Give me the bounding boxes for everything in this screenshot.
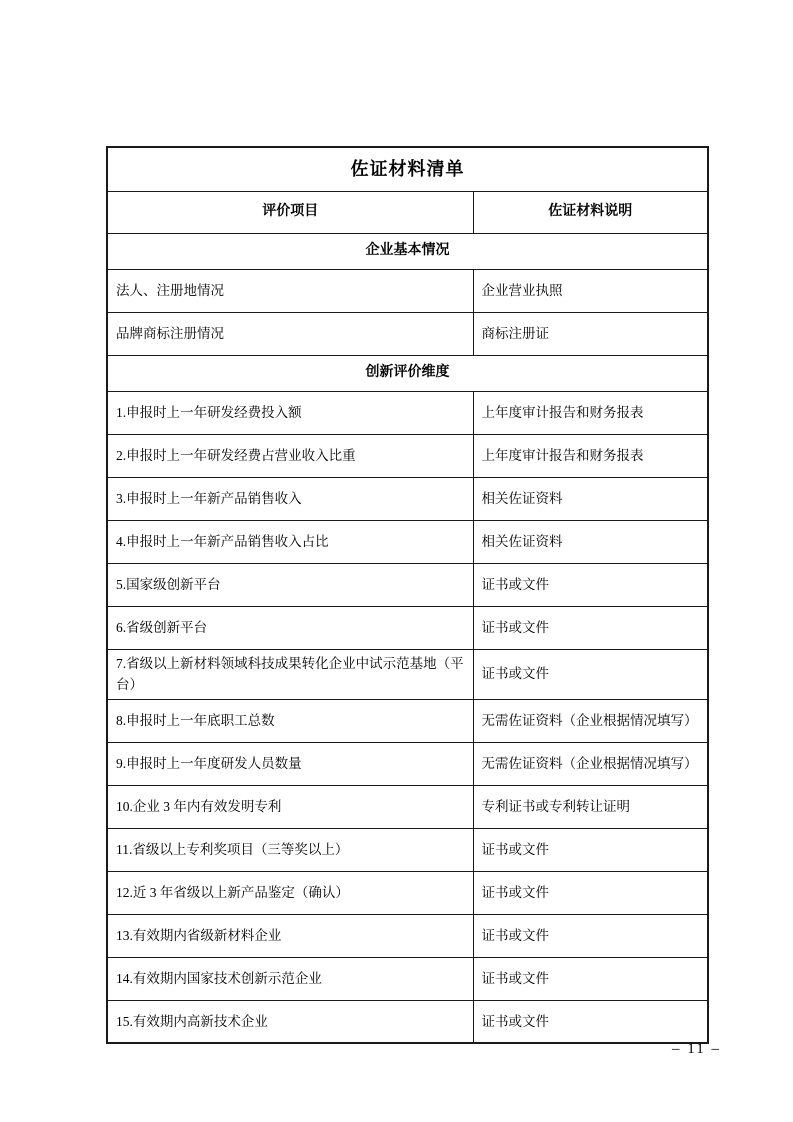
cell-item: 9.申报时上一年度研发人员数量 <box>107 742 473 785</box>
column-header-item: 评价项目 <box>107 191 473 233</box>
table-row: 法人、注册地情况 企业营业执照 <box>107 269 708 312</box>
cell-material: 证书或文件 <box>473 606 708 649</box>
table-row: 10.企业 3 年内有效发明专利 专利证书或专利转让证明 <box>107 785 708 828</box>
cell-material: 商标注册证 <box>473 312 708 355</box>
cell-item: 7.省级以上新材料领域科技成果转化企业中试示范基地（平台） <box>107 649 473 699</box>
table-row: 13.有效期内省级新材料企业 证书或文件 <box>107 914 708 957</box>
cell-material: 证书或文件 <box>473 871 708 914</box>
table-row: 1.申报时上一年研发经费投入额 上年度审计报告和财务报表 <box>107 391 708 434</box>
table-row: 12.近 3 年省级以上新产品鉴定（确认） 证书或文件 <box>107 871 708 914</box>
cell-item: 15.有效期内高新技术企业 <box>107 1000 473 1043</box>
table-row: 5.国家级创新平台 证书或文件 <box>107 563 708 606</box>
cell-item: 2.申报时上一年研发经费占营业收入比重 <box>107 434 473 477</box>
cell-item: 品牌商标注册情况 <box>107 312 473 355</box>
document-page: { "page": { "number_label": "– 11 –" }, … <box>0 0 793 1122</box>
cell-item: 5.国家级创新平台 <box>107 563 473 606</box>
cell-material: 证书或文件 <box>473 914 708 957</box>
cell-item: 法人、注册地情况 <box>107 269 473 312</box>
table-row: 9.申报时上一年度研发人员数量 无需佐证资料（企业根据情况填写） <box>107 742 708 785</box>
section-header-row-basic-info: 企业基本情况 <box>107 233 708 269</box>
cell-item: 12.近 3 年省级以上新产品鉴定（确认） <box>107 871 473 914</box>
table-row: 7.省级以上新材料领域科技成果转化企业中试示范基地（平台） 证书或文件 <box>107 649 708 699</box>
cell-material: 企业营业执照 <box>473 269 708 312</box>
cell-material: 证书或文件 <box>473 1000 708 1043</box>
section-header-row-innovation: 创新评价维度 <box>107 355 708 391</box>
cell-material: 上年度审计报告和财务报表 <box>473 391 708 434</box>
column-header-material: 佐证材料说明 <box>473 191 708 233</box>
table-row: 6.省级创新平台 证书或文件 <box>107 606 708 649</box>
cell-item: 10.企业 3 年内有效发明专利 <box>107 785 473 828</box>
cell-material: 证书或文件 <box>473 828 708 871</box>
table-title: 佐证材料清单 <box>107 147 708 191</box>
cell-material: 无需佐证资料（企业根据情况填写） <box>473 742 708 785</box>
table-row: 14.有效期内国家技术创新示范企业 证书或文件 <box>107 957 708 1000</box>
section-header-basic-info: 企业基本情况 <box>107 233 708 269</box>
cell-material: 无需佐证资料（企业根据情况填写） <box>473 699 708 742</box>
table-header-row: 评价项目 佐证材料说明 <box>107 191 708 233</box>
table-row: 8.申报时上一年底职工总数 无需佐证资料（企业根据情况填写） <box>107 699 708 742</box>
cell-item: 4.申报时上一年新产品销售收入占比 <box>107 520 473 563</box>
section-header-innovation: 创新评价维度 <box>107 355 708 391</box>
table-row: 3.申报时上一年新产品销售收入 相关佐证资料 <box>107 477 708 520</box>
table-row: 11.省级以上专利奖项目（三等奖以上） 证书或文件 <box>107 828 708 871</box>
cell-item: 13.有效期内省级新材料企业 <box>107 914 473 957</box>
table-row: 15.有效期内高新技术企业 证书或文件 <box>107 1000 708 1043</box>
table-row: 2.申报时上一年研发经费占营业收入比重 上年度审计报告和财务报表 <box>107 434 708 477</box>
cell-material: 专利证书或专利转让证明 <box>473 785 708 828</box>
cell-item: 14.有效期内国家技术创新示范企业 <box>107 957 473 1000</box>
table-row: 品牌商标注册情况 商标注册证 <box>107 312 708 355</box>
evidence-materials-table: 佐证材料清单 评价项目 佐证材料说明 企业基本情况 法人、注册地情况 企业营业执… <box>106 146 709 1044</box>
table-row: 4.申报时上一年新产品销售收入占比 相关佐证资料 <box>107 520 708 563</box>
cell-item: 11.省级以上专利奖项目（三等奖以上） <box>107 828 473 871</box>
cell-material: 上年度审计报告和财务报表 <box>473 434 708 477</box>
cell-material: 证书或文件 <box>473 563 708 606</box>
cell-item: 1.申报时上一年研发经费投入额 <box>107 391 473 434</box>
cell-item: 6.省级创新平台 <box>107 606 473 649</box>
cell-item: 3.申报时上一年新产品销售收入 <box>107 477 473 520</box>
cell-material: 证书或文件 <box>473 957 708 1000</box>
cell-material: 相关佐证资料 <box>473 477 708 520</box>
cell-item: 8.申报时上一年底职工总数 <box>107 699 473 742</box>
page-number: – 11 – <box>672 1041 721 1058</box>
cell-material: 证书或文件 <box>473 649 708 699</box>
cell-material: 相关佐证资料 <box>473 520 708 563</box>
table-title-row: 佐证材料清单 <box>107 147 708 191</box>
